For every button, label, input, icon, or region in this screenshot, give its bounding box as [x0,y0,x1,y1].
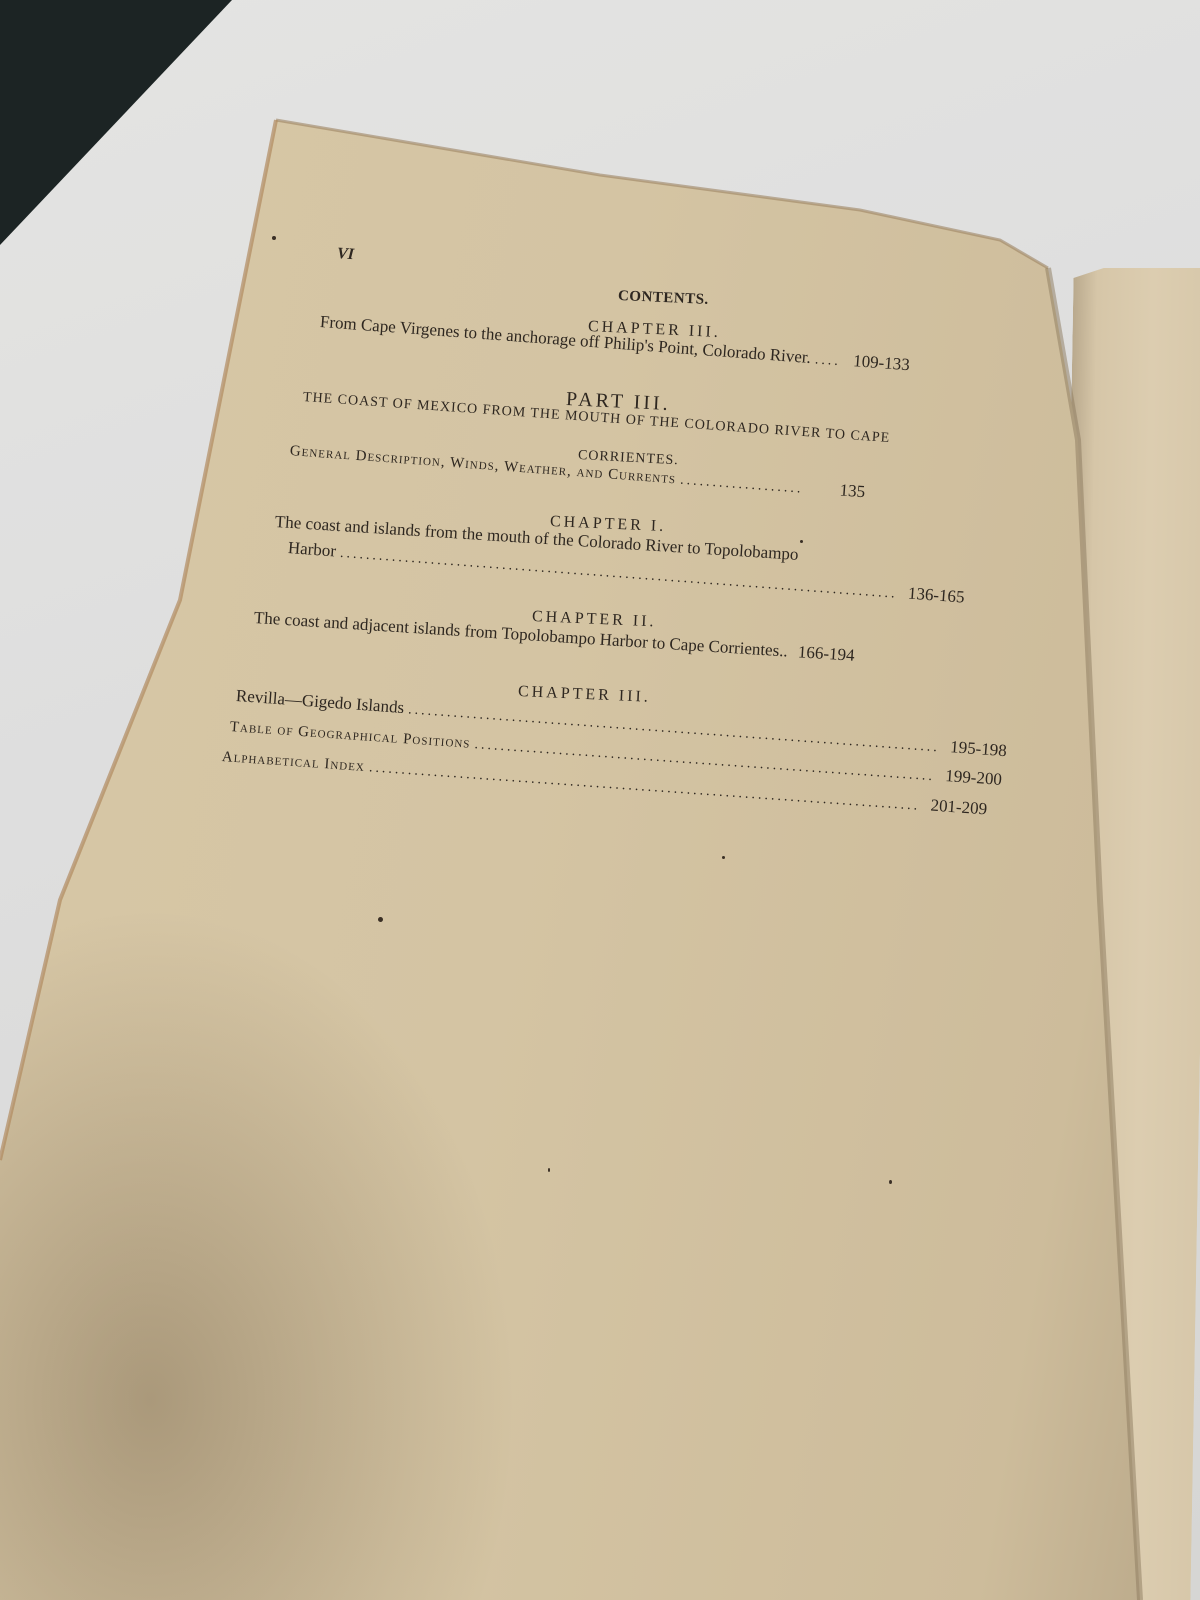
toc-entry-title: Table of Geographical Positions [229,719,471,752]
page-title: CONTENTS. [618,288,709,309]
toc-entry-pages: 199-200 [945,766,1003,789]
toc-entry-pages: 136-165 [907,584,965,607]
toc-entry-title: From Cape Virgenes to the anchorage off … [319,312,811,367]
dot-leader: ........................................… [340,546,899,602]
dot-leader: ................... [680,473,804,497]
toc-entry-title-continued: Harbor [287,538,336,560]
chapter-heading: CHAPTER III. [518,683,652,707]
paper-speck [889,1180,892,1184]
toc-entry-pages: 135 [839,480,866,501]
page-number: VI [336,245,354,264]
toc-entry-title: Alphabetical Index [221,749,365,775]
paper-speck [548,1168,550,1172]
toc-entry-title: The coast and adjacent islands from Topo… [253,608,788,661]
toc-entry-pages: 166-194 [797,642,855,665]
toc-entry-pages: 109-133 [853,351,911,374]
paper-speck [722,856,725,859]
toc-entry-pages: 195-198 [950,737,1008,760]
toc-entry-pages: 201-209 [930,796,988,819]
paper-speck [800,540,803,543]
toc-entry-title: Revilla—Gigedo Islands [235,686,404,717]
contents-page-text: VI CONTENTS. CHAPTER III. From Cape Virg… [0,0,1200,1600]
dot-leader: .... [814,352,841,369]
paper-speck [272,236,276,240]
paper-speck [378,917,383,922]
